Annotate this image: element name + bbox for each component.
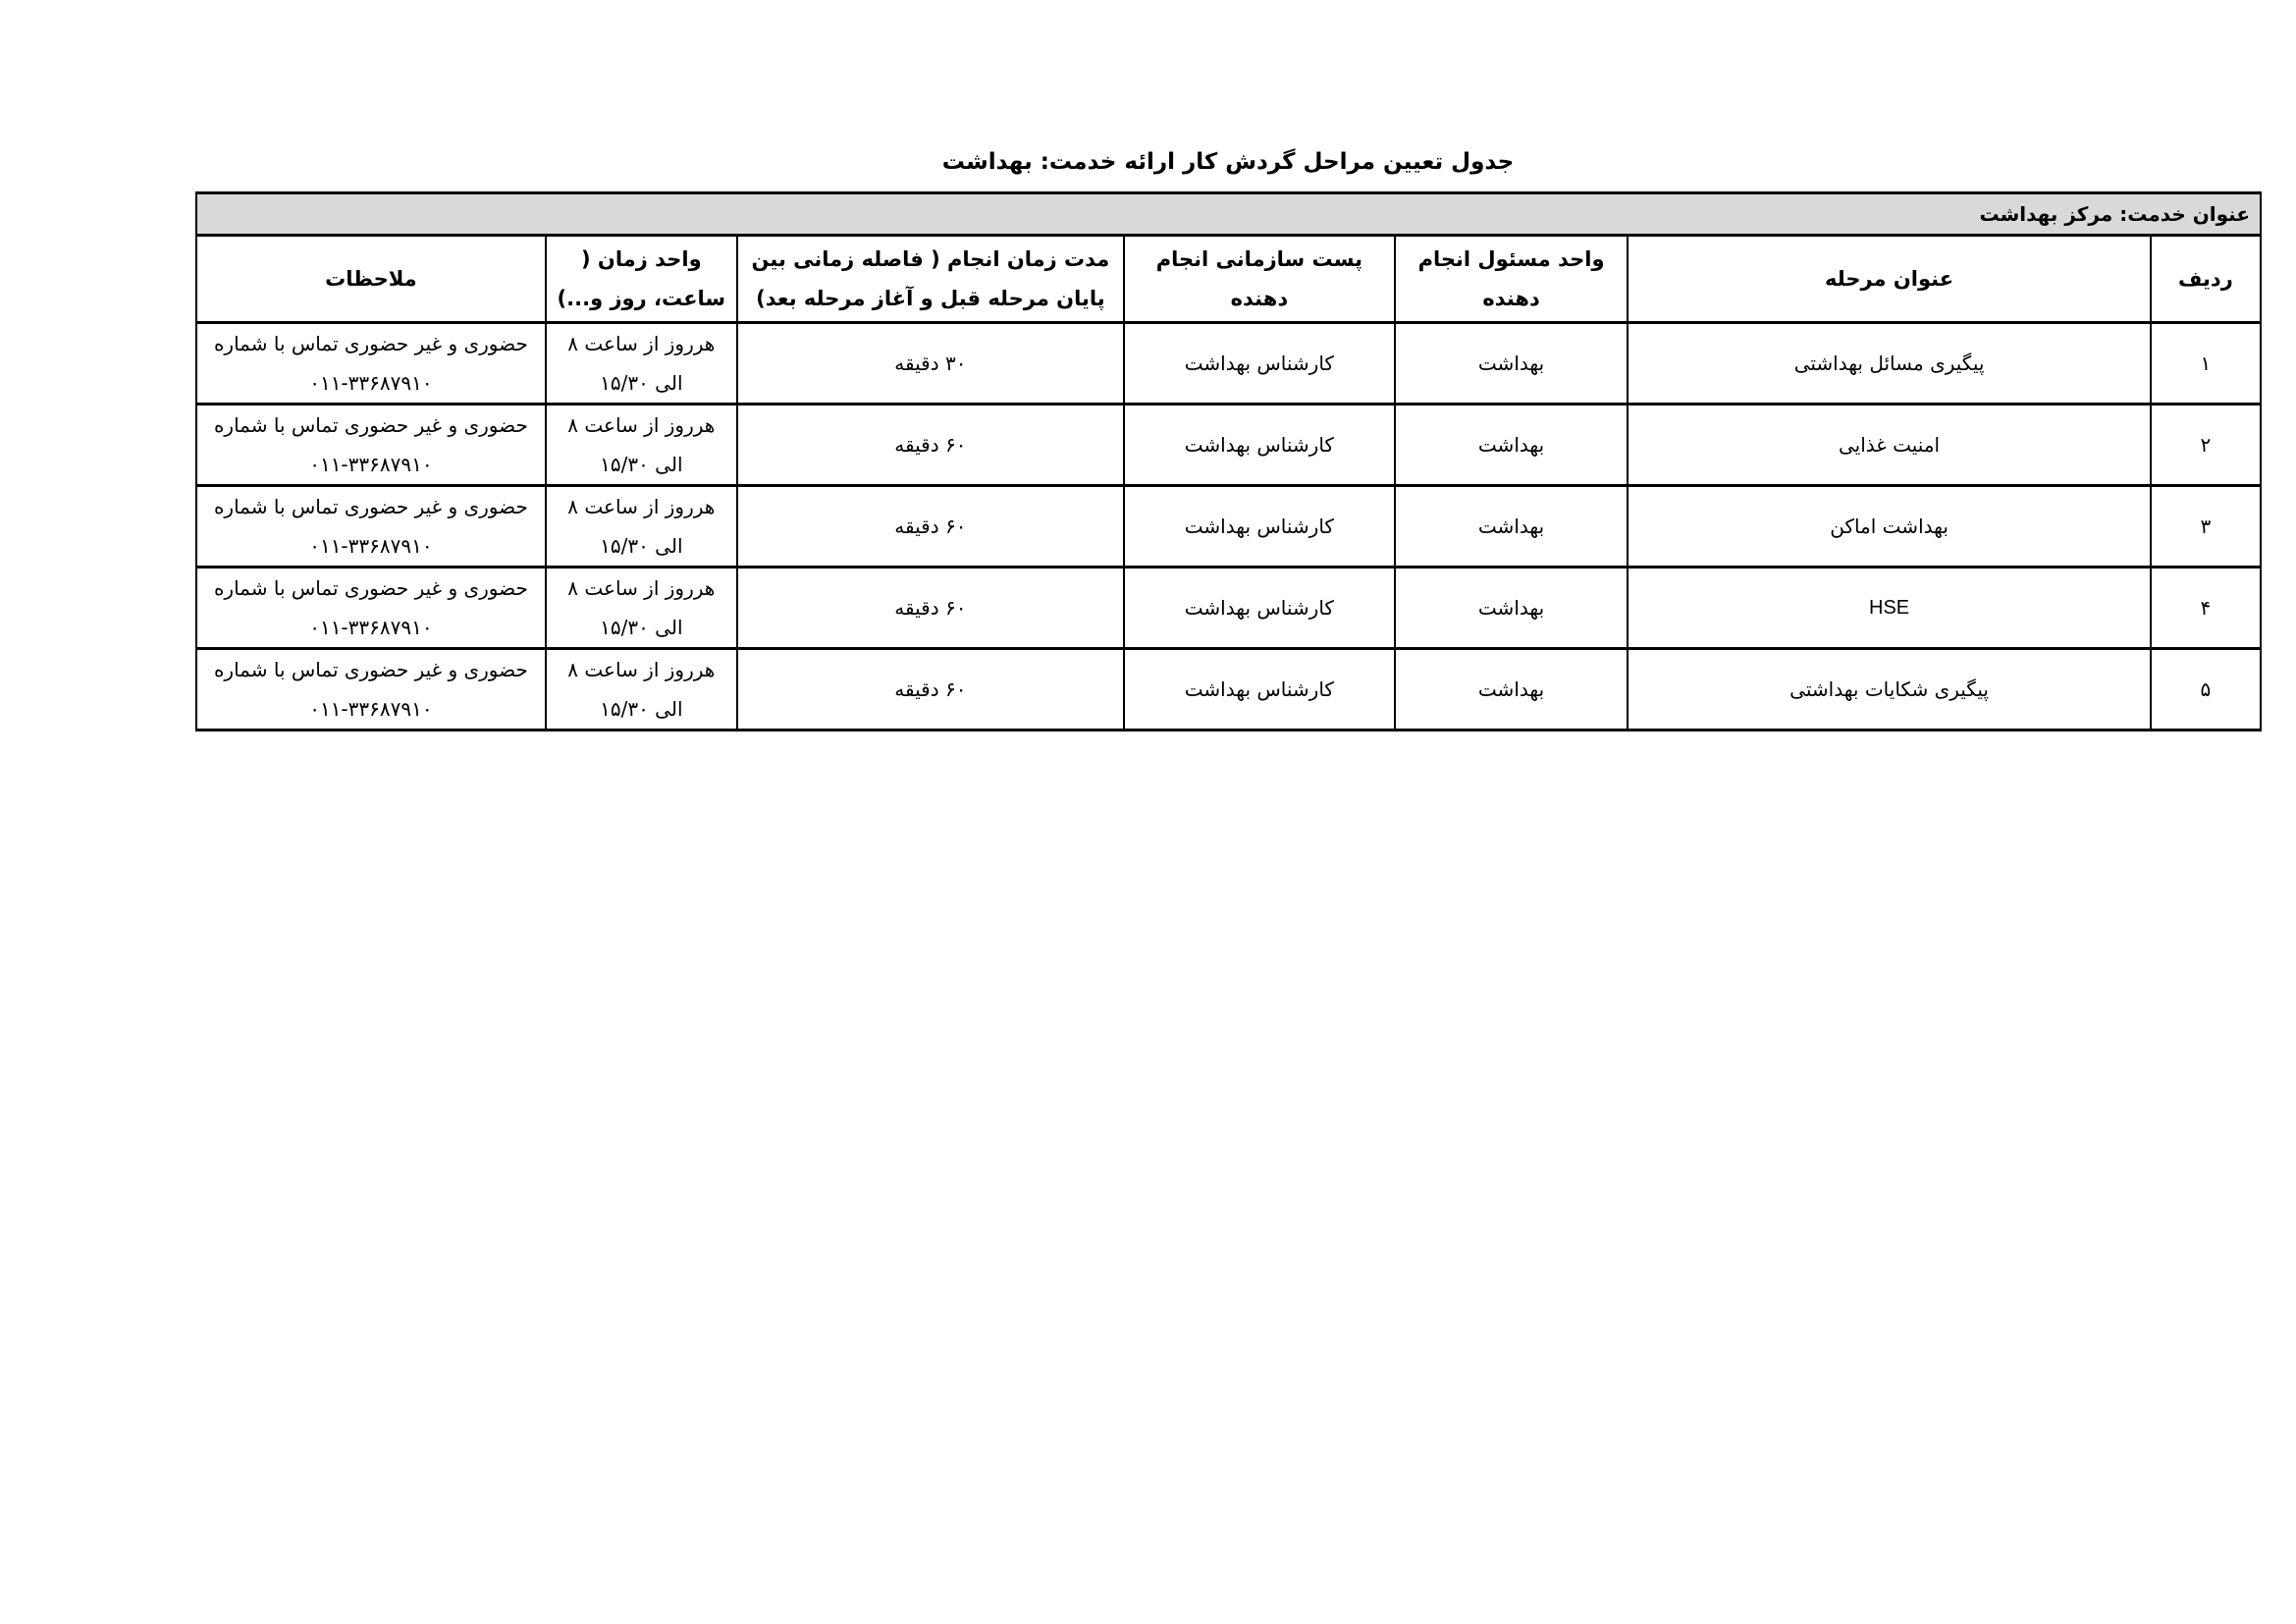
cell-time-unit: هرروز از ساعت ۸ الی ۱۵/۳۰ (546, 568, 737, 649)
header-responsible-unit-line2: دهنده (1404, 279, 1619, 318)
cell-notes-line1: حضوری و غیر حضوری تماس با شماره (205, 487, 537, 526)
header-time-unit: واحد زمان ( ساعت، روز و...) (546, 236, 737, 323)
header-duration: مدت زمان انجام ( فاصله زمانی بین پایان م… (737, 236, 1124, 323)
cell-notes-phone: ۰۱۱-۳۳۶۸۷۹۱۰ (205, 526, 537, 566)
cell-radif: ۲ (2151, 405, 2261, 486)
cell-org-post: کارشناس بهداشت (1124, 405, 1395, 486)
header-responsible-unit: واحد مسئول انجام دهنده (1395, 236, 1628, 323)
table-row: ۵ پیگیری شکایات بهداشتی بهداشت کارشناس ب… (196, 649, 2261, 731)
cell-time-unit-line2: الی ۱۵/۳۰ (555, 445, 728, 484)
cell-duration: ۶۰ دقیقه (737, 568, 1124, 649)
header-time-unit-line1: واحد زمان ( (555, 240, 728, 279)
table-row: ۲ امنیت غذایی بهداشت کارشناس بهداشت ۶۰ د… (196, 405, 2261, 486)
service-title-row: عنوان خدمت: مرکز بهداشت (196, 193, 2261, 236)
cell-step-title: پیگیری مسائل بهداشتی (1628, 323, 2151, 405)
cell-radif: ۴ (2151, 568, 2261, 649)
header-time-unit-line2: ساعت، روز و...) (555, 279, 728, 318)
cell-time-unit-line2: الی ۱۵/۳۰ (555, 526, 728, 566)
service-title: عنوان خدمت: مرکز بهداشت (196, 193, 2261, 236)
cell-radif: ۱ (2151, 323, 2261, 405)
cell-step-title: HSE (1628, 568, 2151, 649)
cell-step-title: پیگیری شکایات بهداشتی (1628, 649, 2151, 731)
cell-notes-line1: حضوری و غیر حضوری تماس با شماره (205, 568, 537, 608)
cell-notes: حضوری و غیر حضوری تماس با شماره ۰۱۱-۳۳۶۸… (196, 649, 546, 731)
cell-time-unit-line1: هرروز از ساعت ۸ (555, 568, 728, 608)
cell-time-unit-line2: الی ۱۵/۳۰ (555, 608, 728, 647)
header-duration-line1: مدت زمان انجام ( فاصله زمانی بین (746, 240, 1115, 279)
cell-radif: ۵ (2151, 649, 2261, 731)
cell-org-post: کارشناس بهداشت (1124, 323, 1395, 405)
cell-time-unit-line2: الی ۱۵/۳۰ (555, 363, 728, 403)
cell-notes-phone: ۰۱۱-۳۳۶۸۷۹۱۰ (205, 445, 537, 484)
cell-notes: حضوری و غیر حضوری تماس با شماره ۰۱۱-۳۳۶۸… (196, 568, 546, 649)
header-step-title: عنوان مرحله (1628, 236, 2151, 323)
cell-notes-phone: ۰۱۱-۳۳۶۸۷۹۱۰ (205, 689, 537, 729)
cell-step-title: بهداشت اماکن (1628, 486, 2151, 568)
cell-time-unit-line2: الی ۱۵/۳۰ (555, 689, 728, 729)
cell-notes: حضوری و غیر حضوری تماس با شماره ۰۱۱-۳۳۶۸… (196, 486, 546, 568)
cell-time-unit: هرروز از ساعت ۸ الی ۱۵/۳۰ (546, 486, 737, 568)
cell-responsible-unit: بهداشت (1395, 323, 1628, 405)
cell-org-post: کارشناس بهداشت (1124, 486, 1395, 568)
cell-time-unit-line1: هرروز از ساعت ۸ (555, 324, 728, 363)
cell-duration: ۶۰ دقیقه (737, 486, 1124, 568)
document-title: جدول تعیین مراحل گردش کار ارائه خدمت: به… (195, 149, 2261, 175)
cell-notes-line1: حضوری و غیر حضوری تماس با شماره (205, 650, 537, 689)
cell-responsible-unit: بهداشت (1395, 486, 1628, 568)
header-org-post: پست سازمانی انجام دهنده (1124, 236, 1395, 323)
cell-time-unit-line1: هرروز از ساعت ۸ (555, 406, 728, 445)
cell-duration: ۶۰ دقیقه (737, 405, 1124, 486)
table-header-row: ردیف عنوان مرحله واحد مسئول انجام دهنده … (196, 236, 2261, 323)
workflow-table: عنوان خدمت: مرکز بهداشت ردیف عنوان مرحله… (195, 191, 2262, 731)
cell-notes-phone: ۰۱۱-۳۳۶۸۷۹۱۰ (205, 608, 537, 647)
cell-time-unit-line1: هرروز از ساعت ۸ (555, 650, 728, 689)
header-duration-line2: پایان مرحله قبل و آغاز مرحله بعد) (746, 279, 1115, 318)
header-notes: ملاحظات (196, 236, 546, 323)
cell-notes-phone: ۰۱۱-۳۳۶۸۷۹۱۰ (205, 363, 537, 403)
cell-notes: حضوری و غیر حضوری تماس با شماره ۰۱۱-۳۳۶۸… (196, 405, 546, 486)
cell-notes-line1: حضوری و غیر حضوری تماس با شماره (205, 324, 537, 363)
header-radif: ردیف (2151, 236, 2261, 323)
header-responsible-unit-line1: واحد مسئول انجام (1404, 240, 1619, 279)
cell-responsible-unit: بهداشت (1395, 405, 1628, 486)
cell-responsible-unit: بهداشت (1395, 568, 1628, 649)
table-row: ۴ HSE بهداشت کارشناس بهداشت ۶۰ دقیقه هرر… (196, 568, 2261, 649)
cell-step-title: امنیت غذایی (1628, 405, 2151, 486)
table-row: ۳ بهداشت اماکن بهداشت کارشناس بهداشت ۶۰ … (196, 486, 2261, 568)
cell-notes-line1: حضوری و غیر حضوری تماس با شماره (205, 406, 537, 445)
cell-radif: ۳ (2151, 486, 2261, 568)
cell-notes: حضوری و غیر حضوری تماس با شماره ۰۱۱-۳۳۶۸… (196, 323, 546, 405)
cell-duration: ۳۰ دقیقه (737, 323, 1124, 405)
table-row: ۱ پیگیری مسائل بهداشتی بهداشت کارشناس به… (196, 323, 2261, 405)
cell-time-unit: هرروز از ساعت ۸ الی ۱۵/۳۰ (546, 649, 737, 731)
header-org-post-line2: دهنده (1133, 279, 1386, 318)
cell-org-post: کارشناس بهداشت (1124, 649, 1395, 731)
cell-time-unit-line1: هرروز از ساعت ۸ (555, 487, 728, 526)
cell-responsible-unit: بهداشت (1395, 649, 1628, 731)
cell-time-unit: هرروز از ساعت ۸ الی ۱۵/۳۰ (546, 405, 737, 486)
cell-duration: ۶۰ دقیقه (737, 649, 1124, 731)
cell-time-unit: هرروز از ساعت ۸ الی ۱۵/۳۰ (546, 323, 737, 405)
cell-org-post: کارشناس بهداشت (1124, 568, 1395, 649)
header-org-post-line1: پست سازمانی انجام (1133, 240, 1386, 279)
